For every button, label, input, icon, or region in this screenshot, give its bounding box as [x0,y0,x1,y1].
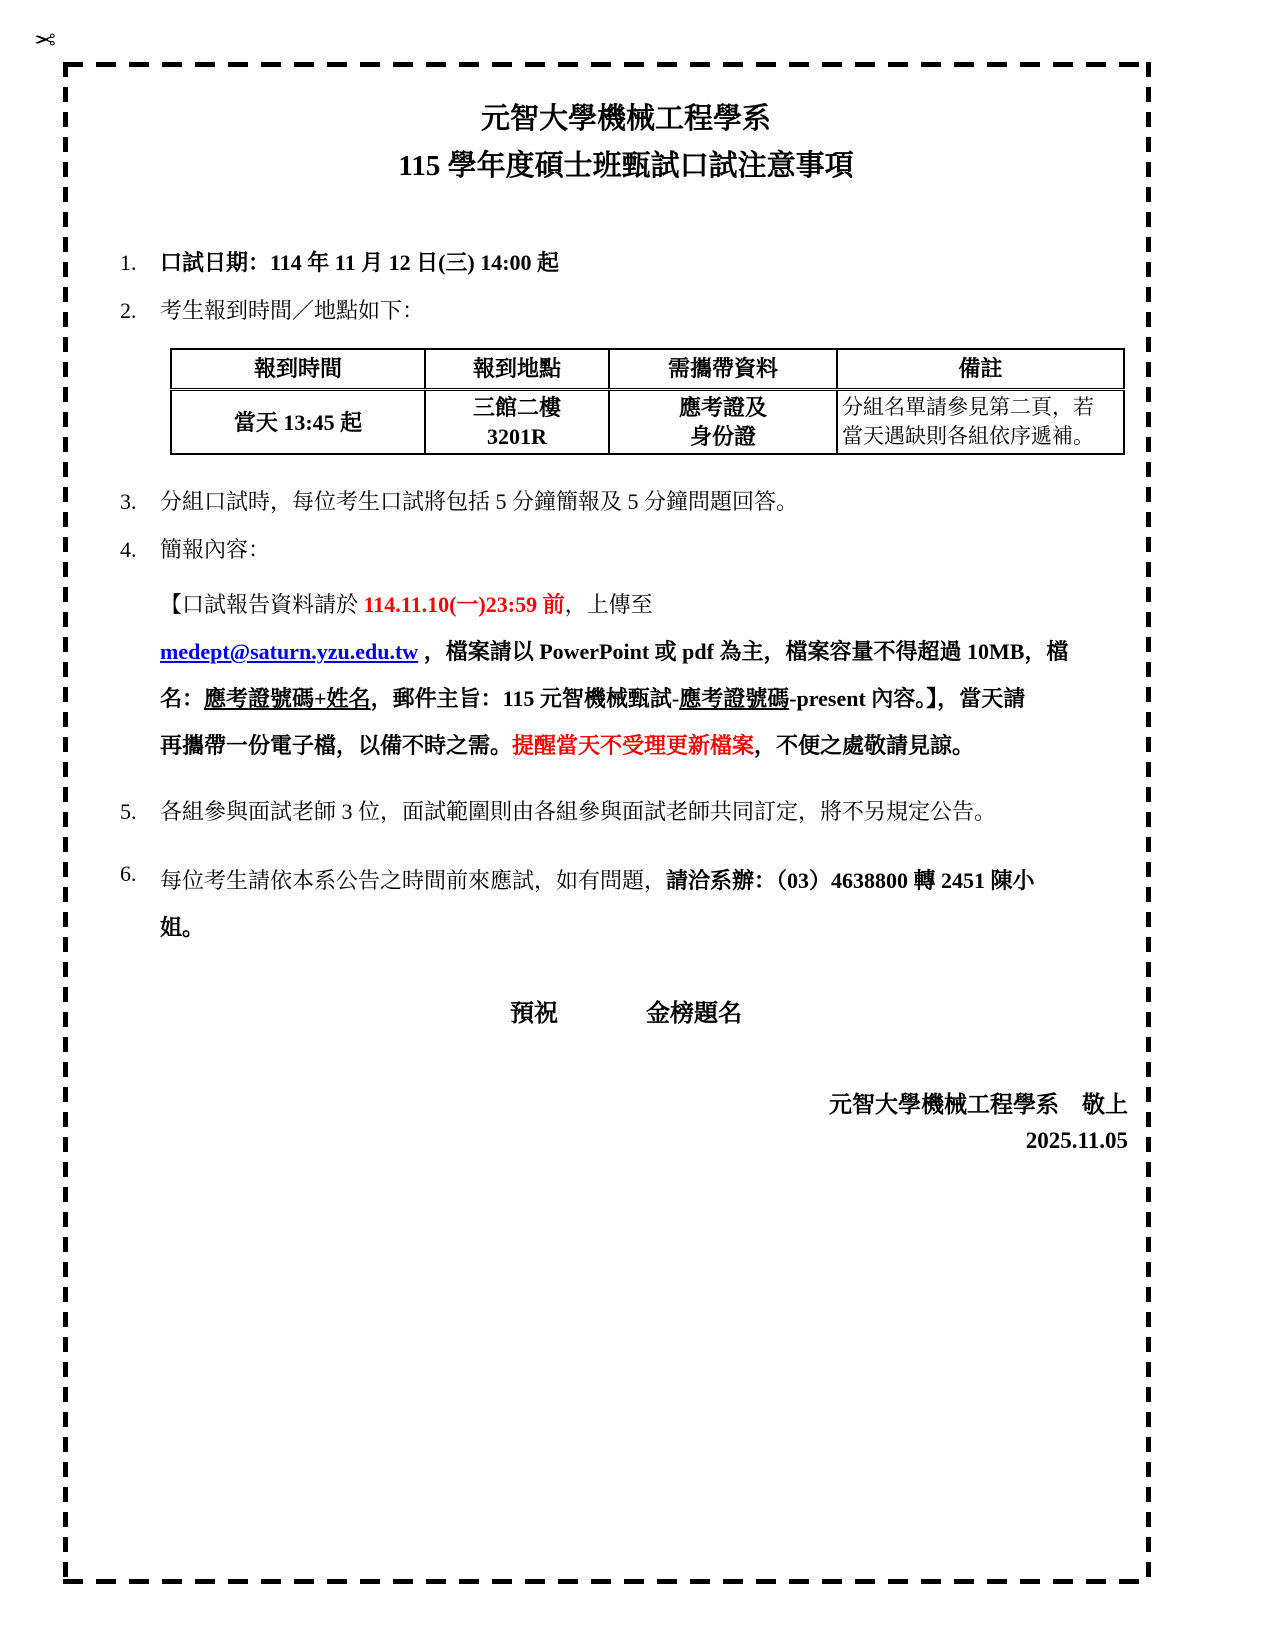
list-number-3: 3. [120,485,160,519]
scissors-icon: ✂ [34,26,56,56]
list-number-4: 4. [120,533,160,567]
ticket-number-underline-text: 應考證號碼 [679,686,789,711]
contact-normal-text: 每位考生請依本系公告之時間前來應試，如有問題， [160,868,666,893]
checkin-table: 報到時間 報到地點 需攜帶資料 備註 當天 13:45 起 三館二樓 3201R… [170,348,1125,455]
backup-copy-text: 再攜帶一份電子檔，以備不時之需。 [160,733,512,758]
table-header-row: 報到時間 報到地點 需攜帶資料 備註 [171,349,1124,390]
document-content: 元智大學機械工程學系 115 學年度碩士班甄試口試注意事項 1. 口試日期：11… [120,96,1132,1159]
filename-underline-text: 應考證號碼+姓名 [204,686,371,711]
signature-block: 元智大學機械工程學系 敬上 2025.11.05 [120,1087,1132,1159]
place-line-1: 三館二樓 [430,393,604,422]
upload-to-text: ，上傳至 [565,592,653,617]
list-item-4: 4. 簡報內容： [120,533,1132,567]
blessing-line: 預祝金榜題名 [120,997,1132,1031]
signature-date: 2025.11.05 [120,1123,1128,1159]
mail-subject-suffix-text: -present 內容。】，當天請 [789,686,1025,711]
list-number-6: 6. [120,857,160,951]
dashed-border-left [63,62,68,1584]
remark-line-1: 分組名單請參見第二頁，若 [842,393,1119,422]
dashed-border-right [1146,62,1151,1584]
list-item-2: 2. 考生報到時間／地點如下： [120,294,1132,328]
blessing-prefix: 預祝 [510,1001,558,1027]
contact-text: 每位考生請依本系公告之時間前來應試，如有問題，請洽系辦：（03）4638800 … [160,857,1132,951]
file-format-text: ，檔案請以 PowerPoint 或 pdf 為主，檔案容量不得超過 10MB，… [418,639,1068,664]
list-item-6: 6. 每位考生請依本系公告之時間前來應試，如有問題，請洽系辦：（03）46388… [120,857,1132,951]
cell-documents: 應考證及 身份證 [609,390,837,455]
dashed-border-top [63,62,1151,67]
table-header-place: 報到地點 [425,349,609,390]
blessing-main: 金榜題名 [646,1001,742,1027]
documents-line-2: 身份證 [614,422,832,451]
list-number-1: 1. [120,246,160,280]
table-header-remark: 備註 [837,349,1124,390]
email-link[interactable]: medept@saturn.yzu.edu.tw [160,639,418,664]
interview-format-text: 分組口試時，每位考生口試將包括 5 分鐘簡報及 5 分鐘問題回答。 [160,485,1132,519]
document-title: 元智大學機械工程學系 115 學年度碩士班甄試口試注意事項 [120,96,1132,190]
interview-date-text: 口試日期：114 年 11 月 12 日(三) 14:00 起 [160,246,1132,280]
briefing-intro-text: 【口試報告資料請於 [160,592,364,617]
briefing-heading-text: 簡報內容： [160,533,1132,567]
mail-subject-text: ，郵件主旨：115 元智機械甄試- [371,686,680,711]
document-page: ✂ 元智大學機械工程學系 115 學年度碩士班甄試口試注意事項 1. 口試日期：… [0,0,1276,1651]
list-number-5: 5. [120,795,160,829]
table-header-time: 報到時間 [171,349,425,390]
briefing-paragraph: 【口試報告資料請於 114.11.10(一)23:59 前，上傳至 medept… [160,581,1132,769]
table-row: 當天 13:45 起 三館二樓 3201R 應考證及 身份證 分組名單請參見第二… [171,390,1124,455]
filename-prefix-text: 名： [160,686,204,711]
cell-checkin-time: 當天 13:45 起 [171,390,425,455]
title-line-1: 元智大學機械工程學系 [120,96,1132,143]
list-item-1: 1. 口試日期：114 年 11 月 12 日(三) 14:00 起 [120,246,1132,280]
place-line-2: 3201R [430,422,604,451]
list-item-3: 3. 分組口試時，每位考生口試將包括 5 分鐘簡報及 5 分鐘問題回答。 [120,485,1132,519]
cell-remark: 分組名單請參見第二頁，若 當天遇缺則各組依序遞補。 [837,390,1124,455]
list-number-2: 2. [120,294,160,328]
documents-line-1: 應考證及 [614,393,832,422]
table-header-documents: 需攜帶資料 [609,349,837,390]
upload-deadline-text: 114.11.10(一)23:59 前 [364,592,565,617]
committee-text: 各組參與面試老師 3 位，面試範圍則由各組參與面試老師共同訂定，將不另規定公告。 [160,795,1132,829]
no-update-warning-text: 提醒當天不受理更新檔案 [512,733,754,758]
list-item-5: 5. 各組參與面試老師 3 位，面試範圍則由各組參與面試老師共同訂定，將不另規定… [120,795,1132,829]
checkin-intro-text: 考生報到時間／地點如下： [160,294,1132,328]
contact-phone-text: 請洽系辦：（03）4638800 轉 2451 陳小 [666,868,1035,893]
apology-text: ，不便之處敬請見諒。 [754,733,974,758]
remark-line-2: 當天遇缺則各組依序遞補。 [842,422,1119,451]
dashed-border-bottom [63,1579,1151,1584]
signature-department: 元智大學機械工程學系 敬上 [120,1087,1128,1123]
contact-wrap-text: 姐。 [160,915,204,940]
cell-checkin-place: 三館二樓 3201R [425,390,609,455]
title-line-2: 115 學年度碩士班甄試口試注意事項 [120,143,1132,190]
